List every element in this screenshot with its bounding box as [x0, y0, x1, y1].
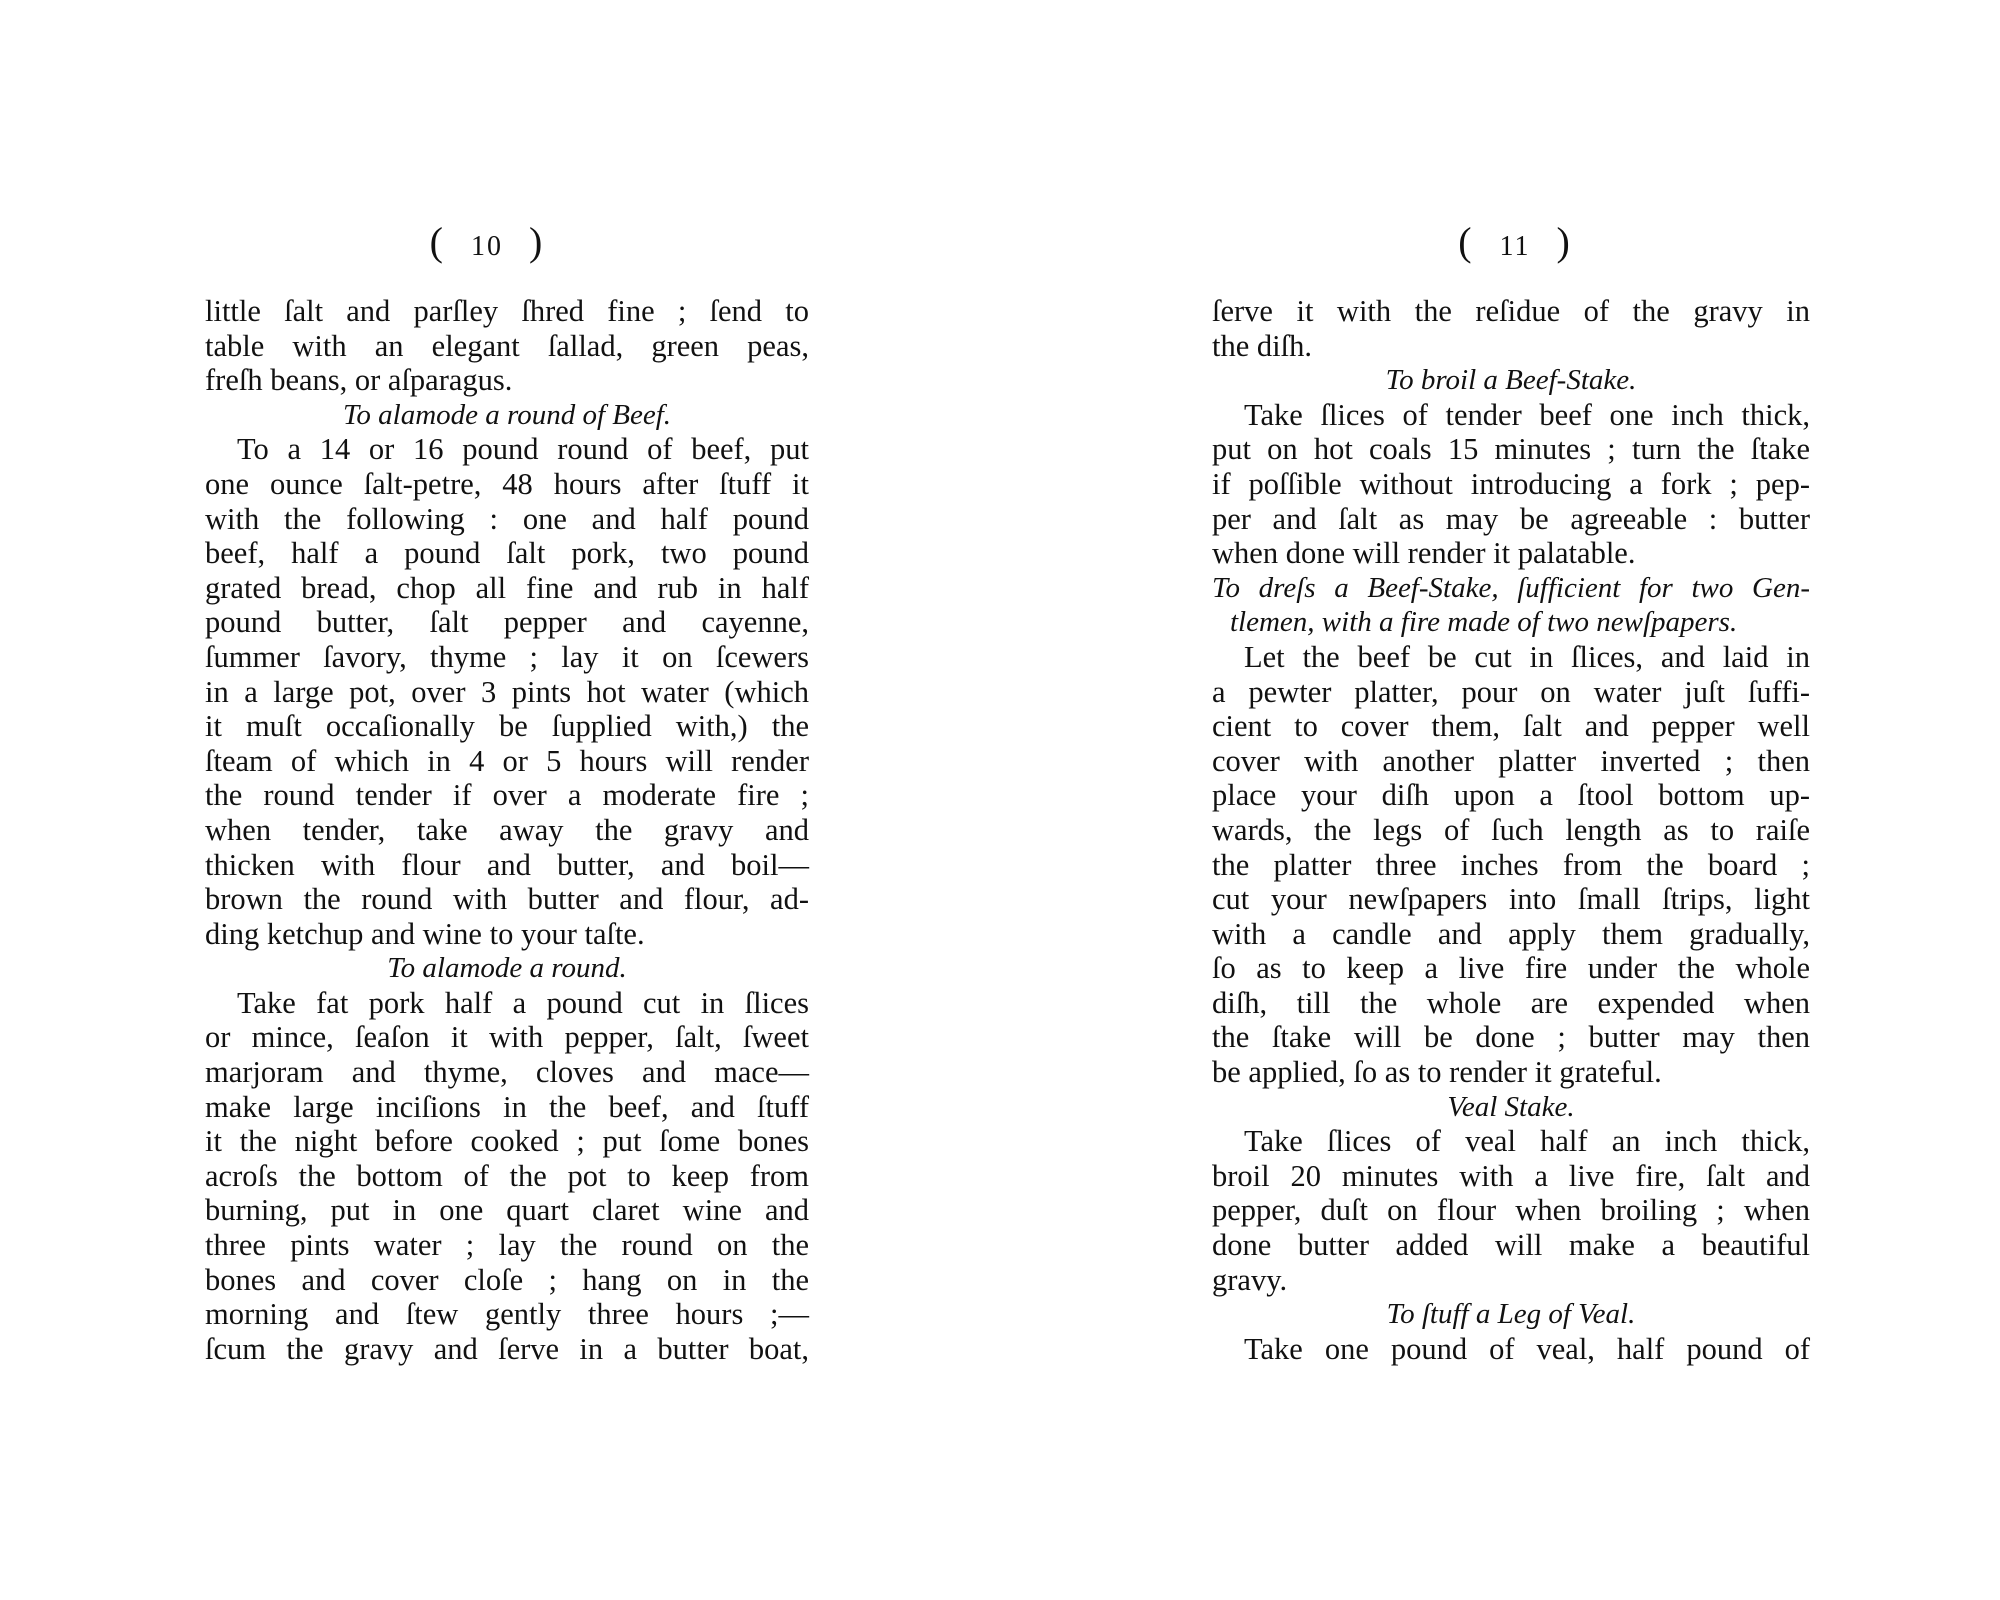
text-line: gravy. — [1212, 1263, 1810, 1298]
text-line: one ounce ſalt-petre, 48 hours after ſtu… — [205, 467, 809, 502]
recipe-heading: To ſtuff a Leg of Veal. — [1212, 1297, 1810, 1332]
text-line: cover with another platter inverted ; th… — [1212, 744, 1810, 779]
text-line: cient to cover them, ſalt and pepper wel… — [1212, 709, 1810, 744]
recipe-heading: To broil a Beef-Stake. — [1212, 363, 1810, 398]
text-line: table with an elegant ſallad, green peas… — [205, 329, 809, 364]
text-line: it the night before cooked ; put ſome bo… — [205, 1124, 809, 1159]
text-line: Take ſlices of tender beef one inch thic… — [1212, 398, 1810, 433]
text-line: Take one pound of veal, half pound of — [1212, 1332, 1810, 1367]
text-line: bones and cover cloſe ; hang on in the — [205, 1263, 809, 1298]
text-line: or mince, ſeaſon it with pepper, ſalt, ſ… — [205, 1020, 809, 1055]
text-line: ſcum the gravy and ſerve in a butter boa… — [205, 1332, 809, 1367]
text-line: when done will render it palatable. — [1212, 536, 1810, 571]
text-line: be applied, ſo as to render it grateful. — [1212, 1055, 1810, 1090]
text-line: ſteam of which in 4 or 5 hours will rend… — [205, 744, 809, 779]
page-text: little ſalt and parſley ſhred fine ; ſen… — [205, 294, 809, 1366]
text-line: wards, the legs of ſuch length as to rai… — [1212, 813, 1810, 848]
text-line: marjoram and thyme, cloves and mace— — [205, 1055, 809, 1090]
text-line: diſh, till the whole are expended when — [1212, 986, 1810, 1021]
text-line: the round tender if over a moderate fire… — [205, 778, 809, 813]
text-line: freſh beans, or aſparagus. — [205, 363, 809, 398]
text-line: put on hot coals 15 minutes ; turn the ſ… — [1212, 432, 1810, 467]
text-line: ſo as to keep a live fire under the whol… — [1212, 951, 1810, 986]
text-line: done butter added will make a beautiful — [1212, 1228, 1810, 1263]
page-number: (10) — [165, 218, 809, 266]
text-line: Take ſlices of veal half an inch thick, — [1212, 1124, 1810, 1159]
text-line: the platter three inches from the board … — [1212, 848, 1810, 883]
text-line: place your diſh upon a ſtool bottom up- — [1212, 778, 1810, 813]
text-line: ſummer ſavory, thyme ; lay it on ſcewers — [205, 640, 809, 675]
left-page: (10) little ſalt and parſley ſhred fine … — [205, 218, 809, 1366]
text-line: Take fat pork half a pound cut in ſlices — [205, 986, 809, 1021]
recipe-heading: To alamode a round. — [205, 951, 809, 986]
text-line: pound butter, ſalt pepper and cayenne, — [205, 605, 809, 640]
text-line: broil 20 minutes with a live fire, ſalt … — [1212, 1159, 1810, 1194]
text-line: burning, put in one quart claret wine an… — [205, 1193, 809, 1228]
text-line: cut your newſpapers into ſmall ſtrips, l… — [1212, 882, 1810, 917]
right-page: (11) ſerve it with the reſidue of the gr… — [1212, 218, 1810, 1366]
text-line: with the following : one and half pound — [205, 502, 809, 537]
text-line: To a 14 or 16 pound round of beef, put — [205, 432, 809, 467]
page-text: ſerve it with the reſidue of the gravy i… — [1212, 294, 1810, 1366]
text-line: morning and ſtew gently three hours ;— — [205, 1297, 809, 1332]
text-line: per and ſalt as may be agreeable : butte… — [1212, 502, 1810, 537]
text-line: when tender, take away the gravy and — [205, 813, 809, 848]
text-line: if poſſible without introducing a fork ;… — [1212, 467, 1810, 502]
text-line: pepper, duſt on flour when broiling ; wh… — [1212, 1193, 1810, 1228]
recipe-heading: Veal Stake. — [1212, 1090, 1810, 1125]
text-line: acroſs the bottom of the pot to keep fro… — [205, 1159, 809, 1194]
page-number-value: 10 — [471, 231, 503, 262]
text-line: brown the round with butter and flour, a… — [205, 882, 809, 917]
text-line: a pewter platter, pour on water juſt ſuf… — [1212, 675, 1810, 710]
paren-close: ) — [529, 219, 544, 264]
text-line: beef, half a pound ſalt pork, two pound — [205, 536, 809, 571]
recipe-heading: tlemen, with a fire made of two newſpape… — [1212, 605, 1810, 640]
recipe-heading: To alamode a round of Beef. — [205, 398, 809, 433]
text-line: grated bread, chop all fine and rub in h… — [205, 571, 809, 606]
page-number-value: 11 — [1500, 231, 1531, 262]
text-line: thicken with flour and butter, and boil— — [205, 848, 809, 883]
paren-open: ( — [1458, 219, 1473, 264]
paren-close: ) — [1556, 219, 1571, 264]
text-line: make large inciſions in the beef, and ſt… — [205, 1090, 809, 1125]
text-line: ſerve it with the reſidue of the gravy i… — [1212, 294, 1810, 329]
text-line: it muſt occaſionally be ſupplied with,) … — [205, 709, 809, 744]
text-line: with a candle and apply them gradually, — [1212, 917, 1810, 952]
text-line: in a large pot, over 3 pints hot water (… — [205, 675, 809, 710]
text-line: Let the beef be cut in ſlices, and laid … — [1212, 640, 1810, 675]
text-line: little ſalt and parſley ſhred fine ; ſen… — [205, 294, 809, 329]
text-line: the diſh. — [1212, 329, 1810, 364]
page-number: (11) — [1220, 218, 1810, 266]
recipe-heading: To dreſs a Beef-Stake, ſufficient for tw… — [1212, 571, 1810, 606]
text-line: ding ketchup and wine to your taſte. — [205, 917, 809, 952]
text-line: the ſtake will be done ; butter may then — [1212, 1020, 1810, 1055]
paren-open: ( — [430, 219, 445, 264]
text-line: three pints water ; lay the round on the — [205, 1228, 809, 1263]
